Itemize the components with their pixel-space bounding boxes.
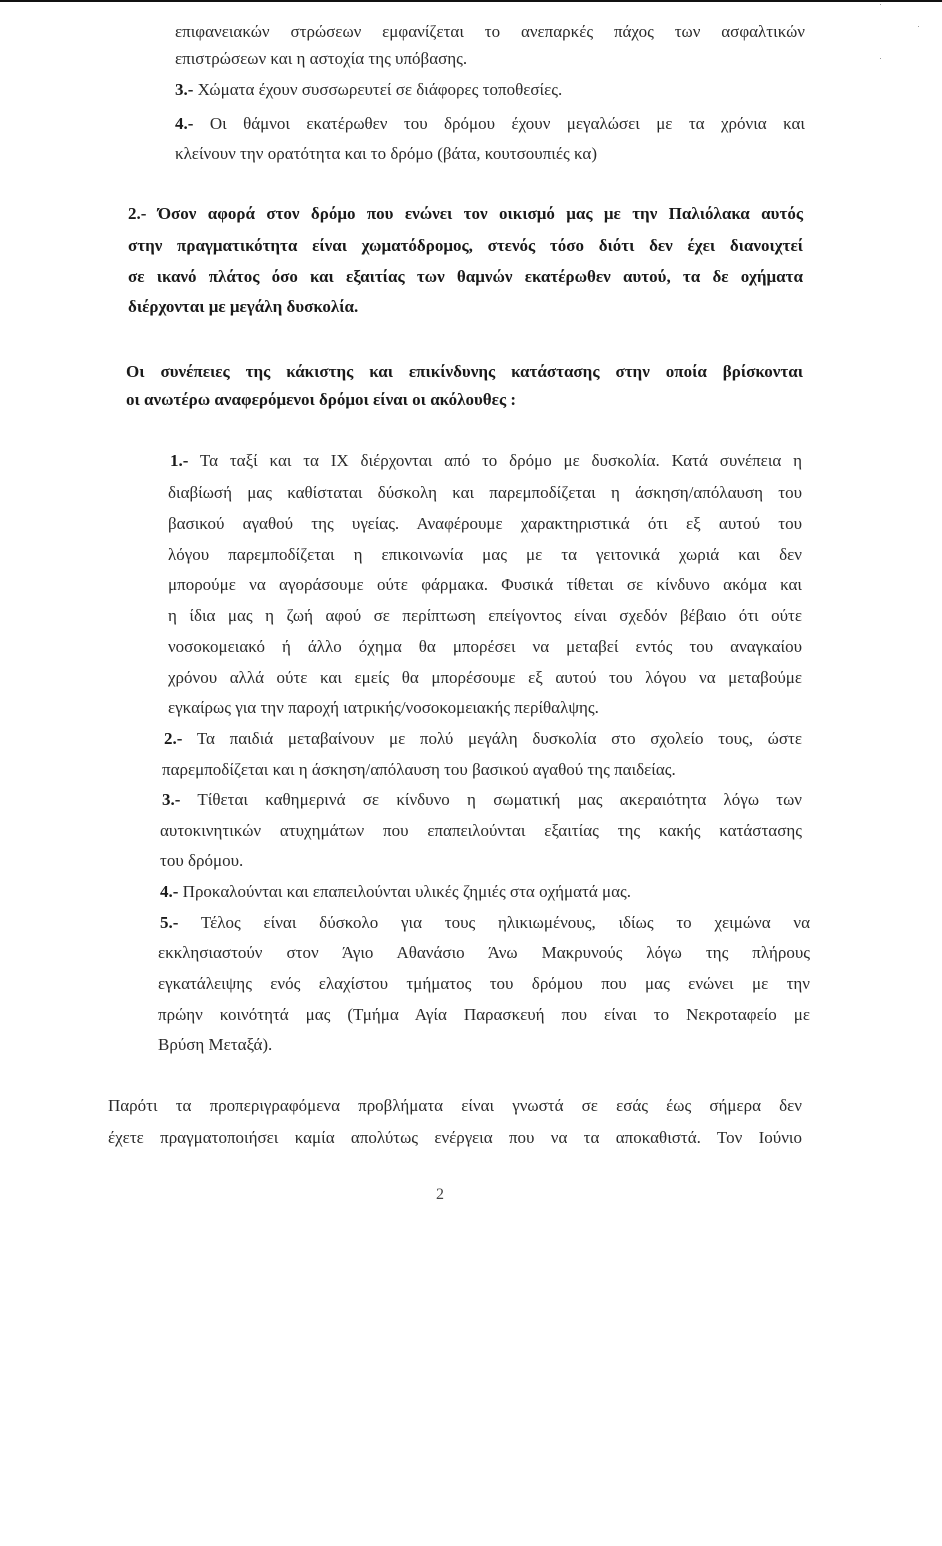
text-line: κλείνουν την ορατότητα και το δρόμο (βάτ… xyxy=(175,143,805,165)
item-text: Χώματα έχουν συσσωρευτεί σε διάφορες τοπ… xyxy=(198,80,563,99)
text: Όσον αφορά στον δρόμο που ενώνει τον οικ… xyxy=(158,204,803,223)
item-number: 5.- xyxy=(160,913,178,932)
text-line: Βρύση Μεταξά). xyxy=(158,1034,810,1056)
text-line: επιφανειακών στρώσεων εμφανίζεται το ανε… xyxy=(175,21,805,43)
text-line: βασικού αγαθού της υγείας. Αναφέρουμε χα… xyxy=(168,513,802,535)
text-line: του δρόμου. xyxy=(160,850,802,872)
scan-top-edge xyxy=(0,0,942,2)
text-line: σε ικανό πλάτος όσο και εξαιτίας των θαμ… xyxy=(128,266,803,288)
text-line: διαβίωσή μας καθίσταται δύσκολη και παρε… xyxy=(168,482,802,504)
text-line: χρόνου αλλά ούτε και εμείς θα μπορέσουμε… xyxy=(168,667,802,689)
item-number: 2.- xyxy=(164,729,182,748)
scan-speck xyxy=(880,58,881,59)
text-line: παρεμποδίζεται και η άσκηση/απόλαυση του… xyxy=(162,759,802,781)
section-heading-line: 2.- Όσον αφορά στον δρόμο που ενώνει τον… xyxy=(128,203,803,225)
item-text: Τα παιδιά μεταβαίνουν με πολύ μεγάλη δυσ… xyxy=(197,729,802,748)
consequence-item-4: 4.- Προκαλούνται και επαπειλούνται υλικέ… xyxy=(160,881,802,903)
text-line: Παρότι τα προπεριγραφόμενα προβλήματα εί… xyxy=(108,1095,802,1117)
text-line: οι ανωτέρω αναφερόμενοι δρόμοι είναι οι … xyxy=(126,389,803,411)
text-line: έχετε πραγματοποιήσει καμία απολύτως ενέ… xyxy=(108,1127,802,1149)
item-text: Τα ταξί και τα ΙΧ διέρχονται από το δρόμ… xyxy=(200,451,802,470)
text-line: μπορούμε να αγοράσουμε ούτε φάρμακα. Φυσ… xyxy=(168,574,802,596)
item-number: 4.- xyxy=(160,882,178,901)
consequence-item-2: 2.- Τα παιδιά μεταβαίνουν με πολύ μεγάλη… xyxy=(164,728,802,750)
page-number: 2 xyxy=(436,1186,444,1204)
text-line: στην πραγματικότητα είναι χωματόδρομος, … xyxy=(128,235,803,257)
text-line: πρώην κοινότητά μας (Τμήμα Αγία Παρασκευ… xyxy=(158,1004,810,1026)
item-text: Οι θάμνοι εκατέρωθεν του δρόμου έχουν με… xyxy=(210,114,805,133)
text-line: Οι συνέπειες της κάκιστης και επικίνδυνη… xyxy=(126,361,803,383)
item-number: 3.- xyxy=(175,80,193,99)
item-text: Προκαλούνται και επαπειλούνται υλικές ζη… xyxy=(183,882,631,901)
consequence-item-3: 3.- Τίθεται καθημερινά σε κίνδυνο η σωμα… xyxy=(162,789,802,811)
scan-speck xyxy=(880,4,881,5)
consequence-item-5: 5.- Τέλος είναι δύσκολο για τους ηλικιωμ… xyxy=(160,912,810,934)
text-line: λόγου παρεμποδίζεται η επικοινωνία μας μ… xyxy=(168,544,802,566)
text-line: η ίδια μας η ζωή αφού σε περίπτωση επείγ… xyxy=(168,605,802,627)
text-line: εγκατάλειψης ενός ελαχίστου τμήματος του… xyxy=(158,973,810,995)
list-item-4: 4.- Οι θάμνοι εκατέρωθεν του δρόμου έχου… xyxy=(175,113,805,135)
item-number: 4.- xyxy=(175,114,193,133)
consequence-item-1: 1.- Τα ταξί και τα ΙΧ διέρχονται από το … xyxy=(170,450,802,472)
list-item-3: 3.- Χώματα έχουν συσσωρευτεί σε διάφορες… xyxy=(175,79,805,101)
text-line: εγκαίρως για την παροχή ιατρικής/νοσοκομ… xyxy=(168,697,802,719)
text-line: επιστρώσεων και η αστοχία της υπόβασης. xyxy=(175,48,805,70)
text-line: εκκλησιαστούν στον Άγιο Αθανάσιο Άνω Μακ… xyxy=(158,942,810,964)
section-number: 2.- xyxy=(128,204,146,223)
item-text: Τέλος είναι δύσκολο για τους ηλικιωμένου… xyxy=(201,913,810,932)
item-number: 3.- xyxy=(162,790,180,809)
item-text: Τίθεται καθημερινά σε κίνδυνο η σωματική… xyxy=(197,790,802,809)
scan-speck xyxy=(918,26,919,27)
text-line: αυτοκινητικών ατυχημάτων που επαπειλούντ… xyxy=(160,820,802,842)
item-number: 1.- xyxy=(170,451,188,470)
text-line: νοσοκομειακό ή άλλο όχημα θα μπορέσει να… xyxy=(168,636,802,658)
text-line: διέρχονται με μεγάλη δυσκολία. xyxy=(128,296,803,318)
